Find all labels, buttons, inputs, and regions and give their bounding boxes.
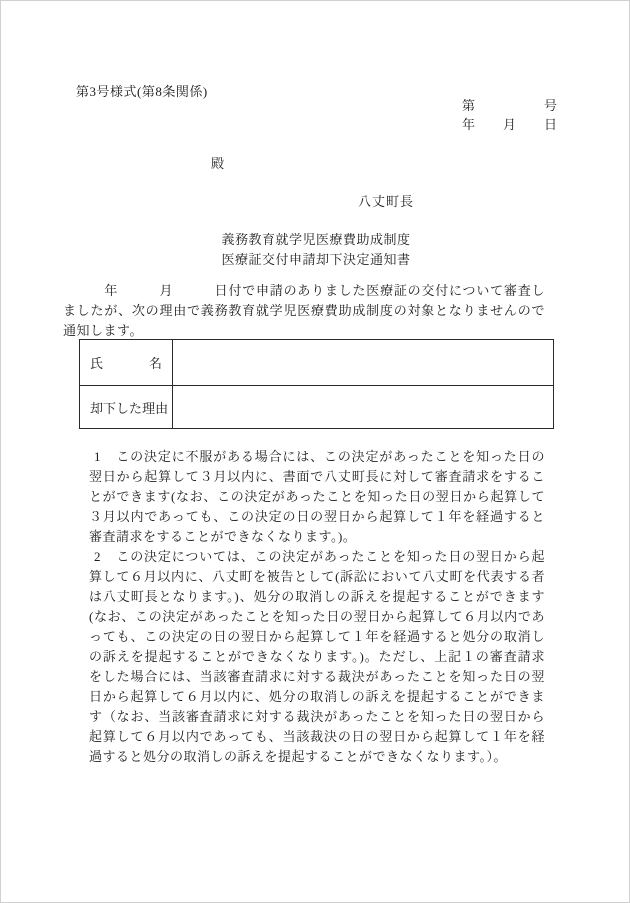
table-row-rejection-reason: 却下した理由 <box>80 386 554 429</box>
notice-document-page: 第3号様式(第8条関係) 第 号 年 月 日 殿 八丈町長 義務教育就学児医療費… <box>0 0 630 903</box>
table-row-name: 氏名 <box>80 340 554 386</box>
document-number-line: 第 号 <box>462 96 557 115</box>
note-2-number: 2 <box>94 547 116 567</box>
note-2-text: この決定については、この決定があったことを知った日の翌日から起算して６月以内に、… <box>89 549 545 764</box>
date-day-label: 日 <box>544 115 557 134</box>
rejection-reason-label-cell: 却下した理由 <box>80 386 173 429</box>
document-title-line-2: 医療証交付申請却下決定通知書 <box>1 250 630 270</box>
rejection-reason-value-cell <box>173 386 554 429</box>
name-value-cell <box>173 340 554 386</box>
appeal-notes: 1この決定に不服がある場合には、この決定があったことを知った日の翌日から起算して… <box>89 447 545 767</box>
document-number-suffix: 号 <box>544 96 557 115</box>
note-1-number: 1 <box>94 447 116 467</box>
date-month-label: 月 <box>503 115 516 134</box>
name-label-cell: 氏名 <box>80 340 173 386</box>
rejection-reason-label: 却下した理由 <box>90 398 162 417</box>
intro-paragraph: 年 月 日付で申請のありました医療証の交付について審査しましたが、次の理由で義務… <box>63 281 545 341</box>
note-item-2: 2この決定については、この決定があったことを知った日の翌日から起算して６月以内に… <box>89 547 545 767</box>
issuer-name: 八丈町長 <box>358 191 414 210</box>
document-title: 義務教育就学児医療費助成制度 医療証交付申請却下決定通知書 <box>1 230 630 269</box>
note-item-1: 1この決定に不服がある場合には、この決定があったことを知った日の翌日から起算して… <box>89 447 545 547</box>
date-line: 年 月 日 <box>462 115 557 134</box>
document-number-prefix: 第 <box>462 96 475 115</box>
addressee-honorific: 殿 <box>211 153 224 172</box>
form-number: 第3号様式(第8条関係) <box>76 81 208 100</box>
note-1-text: この決定に不服がある場合には、この決定があったことを知った日の翌日から起算して３… <box>89 449 545 544</box>
document-number-date-block: 第 号 年 月 日 <box>462 96 557 134</box>
document-title-line-1: 義務教育就学児医療費助成制度 <box>1 230 630 250</box>
date-year-label: 年 <box>462 115 475 134</box>
applicant-info-table: 氏名 却下した理由 <box>79 339 554 429</box>
name-label: 氏名 <box>90 353 162 372</box>
